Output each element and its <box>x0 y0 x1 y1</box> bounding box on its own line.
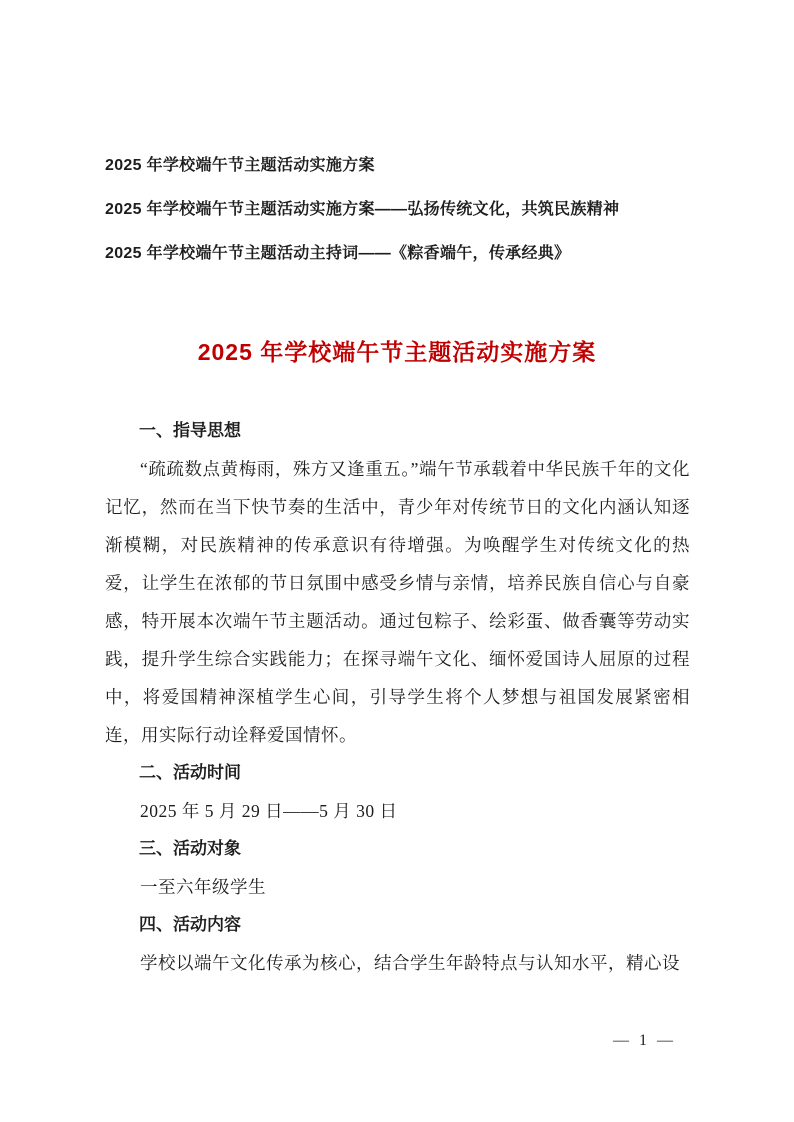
section-paragraph-guiding-ideology: “疏疏数点黄梅雨，殊方又逢重五。”端午节承载着中华民族千年的文化记忆，然而在当下… <box>105 450 690 754</box>
document-body: 一、指导思想 “疏疏数点黄梅雨，殊方又逢重五。”端午节承载着中华民族千年的文化记… <box>105 412 690 982</box>
section-heading-guiding-ideology: 一、指导思想 <box>105 412 690 450</box>
doc-link-1: 2025 年学校端午节主题活动实施方案 <box>105 144 704 188</box>
section-paragraph-activity-content: 学校以端午文化传承为核心，结合学生年龄特点与认知水平，精心设 <box>105 944 690 982</box>
document-page: 2025 年学校端午节主题活动实施方案 2025 年学校端午节主题活动实施方案—… <box>0 0 794 1122</box>
page-number: — 1 — <box>613 1030 676 1052</box>
section-paragraph-activity-target: 一至六年级学生 <box>105 868 690 906</box>
doc-link-2: 2025 年学校端午节主题活动实施方案——弘扬传统文化，共筑民族精神 <box>105 188 704 232</box>
section-heading-activity-content: 四、活动内容 <box>105 906 690 944</box>
doc-link-3: 2025 年学校端午节主题活动主持词——《粽香端午，传承经典》 <box>105 232 704 276</box>
doc-header-links: 2025 年学校端午节主题活动实施方案 2025 年学校端午节主题活动实施方案—… <box>105 144 704 276</box>
document-title: 2025 年学校端午节主题活动实施方案 <box>0 336 794 368</box>
section-heading-activity-target: 三、活动对象 <box>105 830 690 868</box>
section-heading-activity-time: 二、活动时间 <box>105 754 690 792</box>
section-paragraph-activity-time: 2025 年 5 月 29 日——5 月 30 日 <box>105 792 690 830</box>
